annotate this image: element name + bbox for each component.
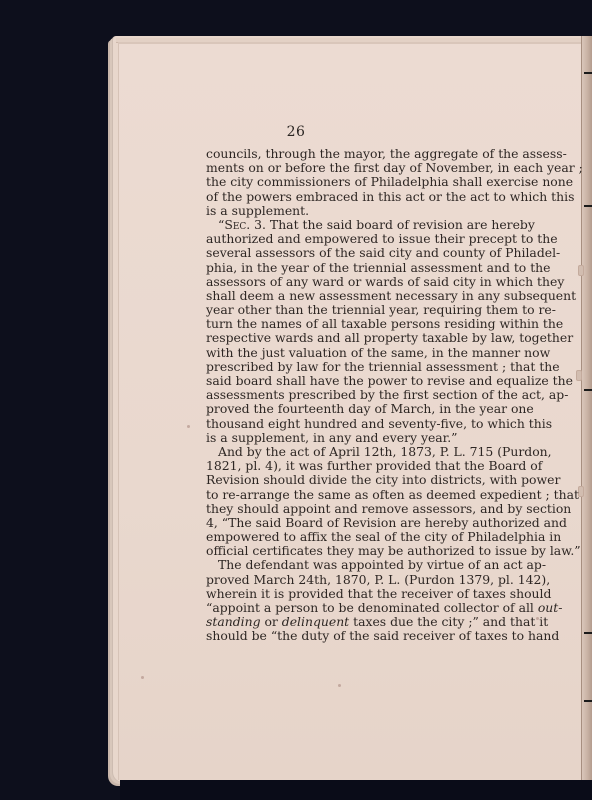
spine-mark	[584, 632, 592, 634]
text-line: is a supplement, in any and every year.”	[206, 431, 516, 445]
text-line: assessments prescribed by the first sect…	[206, 388, 516, 402]
text-line: phia, in the year of the triennial asses…	[206, 261, 516, 275]
page-number: 26	[0, 124, 592, 140]
text-line: empowered to affix the seal of the city …	[206, 530, 516, 544]
page-blemish	[576, 370, 582, 381]
text-line: proved March 24th, 1870, P. L. (Purdon 1…	[206, 573, 516, 587]
text-line: with the just valuation of the same, in …	[206, 346, 516, 360]
page-speck	[338, 684, 341, 687]
text-line: several assessors of the said city and c…	[206, 246, 516, 260]
body-text: councils, through the mayor, the aggrega…	[206, 147, 516, 644]
spine-mark	[584, 389, 592, 391]
text-line-sec3: “Sec. 3. That the said board of revision…	[206, 218, 516, 232]
text-line: authorized and empowered to issue their …	[206, 232, 516, 246]
book-spine	[581, 36, 592, 782]
text-line: wherein it is provided that the receiver…	[206, 587, 516, 601]
text-line: councils, through the mayor, the aggrega…	[206, 147, 516, 161]
text-line: thousand eight hundred and seventy-five,…	[206, 417, 516, 431]
text-line: proved the fourteenth day of March, in t…	[206, 402, 516, 416]
text-line: shall deem a new assessment necessary in…	[206, 289, 516, 303]
page-speck	[187, 425, 190, 428]
spine-mark	[584, 72, 592, 74]
text-line: year other than the triennial year, requ…	[206, 303, 516, 317]
text-line: turn the names of all taxable persons re…	[206, 317, 516, 331]
text-line: is a supplement.	[206, 204, 516, 218]
text-line: official certificates they may be author…	[206, 544, 516, 558]
spine-mark	[584, 205, 592, 207]
page-speck	[141, 676, 144, 679]
text-line: assessors of any ward or wards of said c…	[206, 275, 516, 289]
text-line: they should appoint and remove assessors…	[206, 502, 516, 516]
text-line: The defendant was appointed by virtue of…	[206, 558, 516, 572]
text-line: to re-arrange the same as often as deeme…	[206, 488, 516, 502]
text-line: prescribed by law for the triennial asse…	[206, 360, 516, 374]
text-line: said board shall have the power to revis…	[206, 374, 516, 388]
bottom-shadow	[120, 780, 592, 800]
text-line: ments on or before the first day of Nove…	[206, 161, 516, 175]
text-line: And by the act of April 12th, 1873, P. L…	[206, 445, 516, 459]
text-line: 4, “The said Board of Revision are hereb…	[206, 516, 516, 530]
text-line: standing or delinquent taxes due the cit…	[206, 615, 516, 629]
text-line: should be “the duty of the said receiver…	[206, 629, 516, 643]
text-line: respective wards and all property taxabl…	[206, 331, 516, 345]
text-line: “appoint a person to be denominated coll…	[206, 601, 516, 615]
text-line: 1821, pl. 4), it was further provided th…	[206, 459, 516, 473]
text-line: Revision should divide the city into dis…	[206, 473, 516, 487]
spine-mark	[584, 700, 592, 702]
page-blemish	[578, 265, 584, 276]
text-line: of the powers embraced in this act or th…	[206, 190, 516, 204]
text-line: the city commissioners of Philadelphia s…	[206, 175, 516, 189]
